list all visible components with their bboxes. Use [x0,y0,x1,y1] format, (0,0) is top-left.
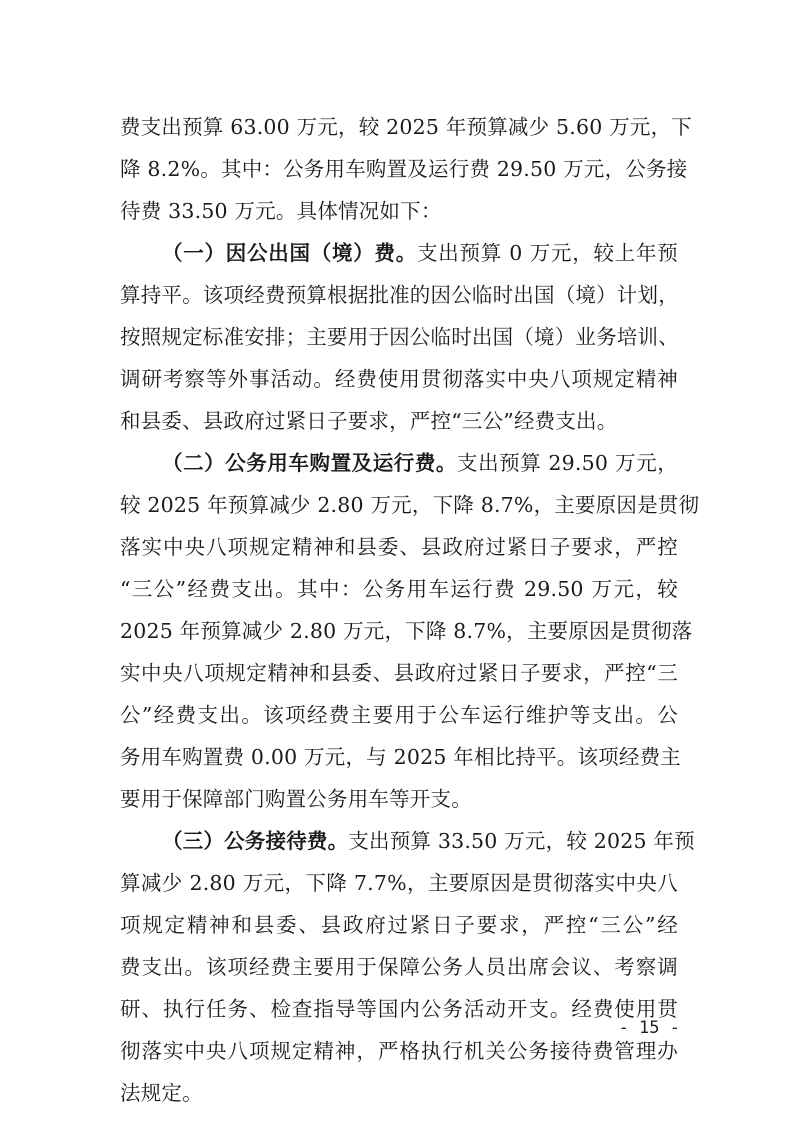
paragraph-line: 算持平。该项经费预算根据批准的因公临时出国（境）计划， [120,274,678,316]
paragraph-line: 较 2025 年预算减少 2.80 万元，下降 8.7%，主要原因是贯彻 [120,484,678,526]
section-1-heading-line: （一）因公出国（境）费。支出预算 0 万元，较上年预 [120,232,678,274]
paragraph-line: 费支出。该项经费主要用于保障公务人员出席会议、考察调 [120,946,678,988]
section-3-heading-line: （三）公务接待费。支出预算 33.50 万元，较 2025 年预 [120,820,678,862]
paragraph-line: 落实中央八项规定精神和县委、县政府过紧日子要求，严控 [120,526,678,568]
paragraph-line: 法规定。 [120,1072,678,1114]
paragraph-line: 待费 33.50 万元。具体情况如下： [120,190,678,232]
paragraph-line: 务用车购置费 0.00 万元，与 2025 年相比持平。该项经费主 [120,736,678,778]
section-1-text: 支出预算 0 万元，较上年预 [417,241,678,265]
paragraph-line: 算减少 2.80 万元，下降 7.7%，主要原因是贯彻落实中央八 [120,862,678,904]
page-number: - 15 - [600,1018,680,1038]
paragraph-line: 要用于保障部门购置公务用车等开支。 [120,778,678,820]
section-1-heading: （一）因公出国（境）费。 [162,241,417,265]
paragraph-line: 调研考察等外事活动。经费使用贯彻落实中央八项规定精神 [120,358,678,400]
paragraph-line: 2025 年预算减少 2.80 万元，下降 8.7%，主要原因是贯彻落 [120,610,678,652]
section-3-text: 支出预算 33.50 万元，较 2025 年预 [348,829,695,853]
paragraph-line: 实中央八项规定精神和县委、县政府过紧日子要求，严控“三 [120,652,678,694]
section-2-text: 支出预算 29.50 万元， [457,451,678,475]
section-2-heading: （二）公务用车购置及运行费。 [162,451,457,475]
paragraph-line: 项规定精神和县委、县政府过紧日子要求，严控“三公”经 [120,904,678,946]
document-body: 费支出预算 63.00 万元，较 2025 年预算减少 5.60 万元，下 降 … [120,106,678,1114]
paragraph-line: 按照规定标准安排；主要用于因公临时出国（境）业务培训、 [120,316,678,358]
section-3-heading: （三）公务接待费。 [162,829,348,853]
section-2-heading-line: （二）公务用车购置及运行费。支出预算 29.50 万元， [120,442,678,484]
paragraph-line: 和县委、县政府过紧日子要求，严控“三公”经费支出。 [120,400,678,442]
paragraph-line: 研、执行任务、检查指导等国内公务活动开支。经费使用贯 [120,988,678,1030]
paragraph-line: 降 8.2%。其中：公务用车购置及运行费 29.50 万元，公务接 [120,148,678,190]
paragraph-line: “三公”经费支出。其中：公务用车运行费 29.50 万元，较 [120,568,678,610]
paragraph-line: 公”经费支出。该项经费主要用于公车运行维护等支出。公 [120,694,678,736]
paragraph-line: 彻落实中央八项规定精神，严格执行机关公务接待费管理办 [120,1030,678,1072]
paragraph-line: 费支出预算 63.00 万元，较 2025 年预算减少 5.60 万元，下 [120,106,678,148]
